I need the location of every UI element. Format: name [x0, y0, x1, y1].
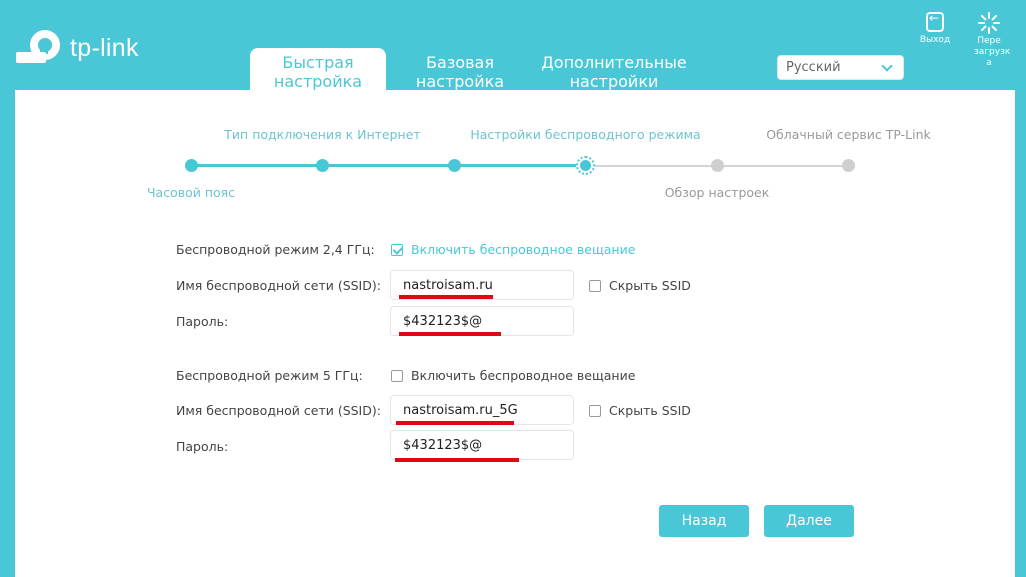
checkbox-icon — [589, 280, 601, 292]
label-password-24: Пароль: — [176, 314, 228, 329]
wizard-progress: Часовой поясТип подключения к ИнтернетНа… — [15, 90, 1015, 210]
wizard-step-dot — [711, 159, 724, 172]
wizard-connector — [586, 165, 718, 167]
wizard-step-dot — [842, 159, 855, 172]
hide-ssid-24-label: Скрыть SSID — [609, 278, 691, 293]
wizard-step-dot — [448, 159, 461, 172]
label-ssid-5: Имя беспроводной сети (SSID): — [176, 403, 381, 418]
reboot-button[interactable]: Пере загрузк а — [968, 12, 1010, 69]
tp-link-mark-icon — [14, 28, 66, 68]
logout-button[interactable]: Выход — [915, 12, 955, 46]
wizard-step-dot — [185, 159, 198, 172]
reboot-label: Пере загрузк а — [974, 36, 1004, 69]
language-select[interactable]: Русский — [777, 55, 904, 80]
next-button[interactable]: Далее — [764, 505, 854, 537]
main-tabs: Быстрая настройка Базовая настройка Допо… — [250, 48, 700, 90]
checkbox-icon — [589, 405, 601, 417]
wizard-step-label: Обзор настроек — [665, 185, 770, 200]
tab-advanced-setup[interactable]: Дополнительные настройки — [534, 48, 694, 90]
label-mode-24: Беспроводной режим 2,4 ГГц: — [176, 242, 375, 257]
logout-label: Выход — [920, 35, 950, 45]
highlight-underline — [396, 421, 514, 425]
hide-ssid-5-label: Скрыть SSID — [609, 403, 691, 418]
wizard-step-label: Часовой пояс — [147, 185, 235, 200]
broadcast-5-checkbox[interactable]: Включить беспроводное вещание — [391, 368, 635, 383]
broadcast-24-checkbox[interactable]: Включить беспроводное вещание — [391, 242, 635, 257]
highlight-underline — [399, 295, 493, 299]
tab-quick-setup[interactable]: Быстрая настройка — [250, 48, 386, 90]
brand-name: tp-link — [70, 34, 139, 63]
wizard-step-label: Настройки беспроводного режима — [470, 127, 700, 142]
password-5-input[interactable] — [390, 430, 574, 460]
wizard-connector — [191, 164, 323, 167]
wizard-connector — [323, 164, 455, 167]
broadcast-24-label: Включить беспроводное вещание — [411, 242, 635, 257]
wizard-step-label: Облачный сервис TP-Link — [766, 127, 931, 142]
label-ssid-24: Имя беспроводной сети (SSID): — [176, 278, 381, 293]
back-button[interactable]: Назад — [659, 505, 749, 537]
tp-link-logo: tp-link — [14, 28, 139, 68]
reboot-icon — [978, 12, 1000, 34]
highlight-underline — [395, 458, 519, 462]
wizard-connector — [454, 164, 586, 167]
tab-basic-setup[interactable]: Базовая настройка — [392, 48, 528, 90]
language-value: Русский — [786, 60, 841, 75]
wizard-connector — [717, 165, 849, 167]
chevron-down-icon — [881, 60, 892, 71]
checkbox-icon — [391, 244, 403, 256]
hide-ssid-5-checkbox[interactable]: Скрыть SSID — [589, 403, 691, 418]
label-password-5: Пароль: — [176, 439, 228, 454]
wizard-step-label: Тип подключения к Интернет — [224, 127, 420, 142]
checkbox-icon — [391, 370, 403, 382]
logout-icon — [926, 12, 944, 32]
wizard-step-dot — [576, 156, 595, 175]
highlight-underline — [399, 332, 501, 336]
content-panel: Часовой поясТип подключения к ИнтернетНа… — [15, 90, 1015, 577]
label-mode-5: Беспроводной режим 5 ГГц: — [176, 368, 363, 383]
wizard-step-dot — [316, 159, 329, 172]
broadcast-5-label: Включить беспроводное вещание — [411, 368, 635, 383]
hide-ssid-24-checkbox[interactable]: Скрыть SSID — [589, 278, 691, 293]
